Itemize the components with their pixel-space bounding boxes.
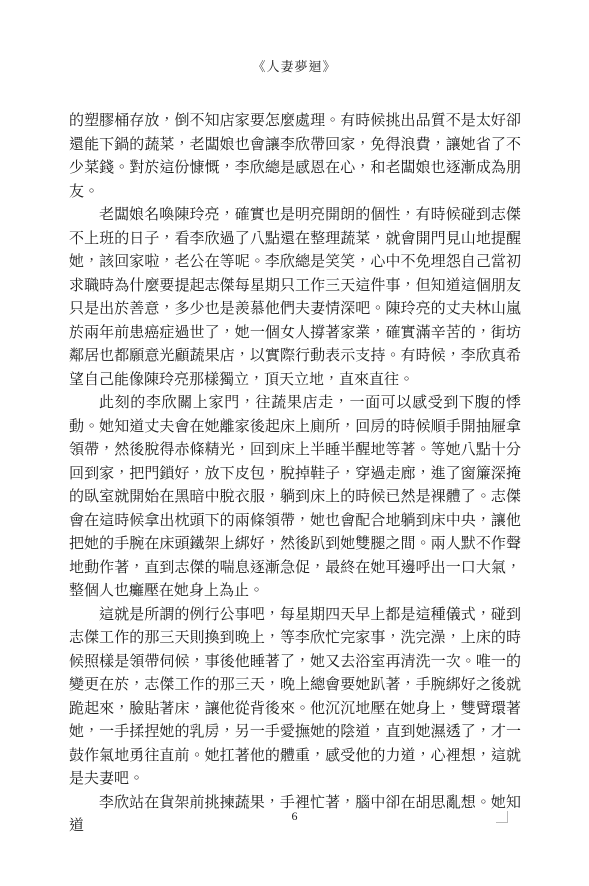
paragraph: 老闆娘名喚陳玲亮，確實也是明亮開朗的個性，有時候碰到志傑不上班的日子，看李欣過了…: [69, 204, 521, 392]
paragraph: 此刻的李欣關上家門，往蔬果店走，一面可以感受到下腹的悸動。她知道丈夫會在她離家後…: [69, 392, 521, 604]
document-page: 《人妻夢迴》 的塑膠桶存放，倒不知店家要怎麼處理。有時候挑出品質不是太好卻還能下…: [0, 0, 589, 886]
paragraph: 的塑膠桶存放，倒不知店家要怎麼處理。有時候挑出品質不是太好卻還能下鍋的蔬菜，老闆…: [69, 110, 521, 204]
page-corner-mark-icon: [496, 811, 508, 823]
document-title: 《人妻夢迴》: [0, 56, 589, 75]
document-body: 的塑膠桶存放，倒不知店家要怎麼處理。有時候挑出品質不是太好卻還能下鍋的蔬菜，老闆…: [69, 110, 521, 839]
paragraph: 這就是所謂的例行公事吧，每星期四天早上都是這種儀式，碰到志傑工作的那三天則換到晚…: [69, 604, 521, 792]
